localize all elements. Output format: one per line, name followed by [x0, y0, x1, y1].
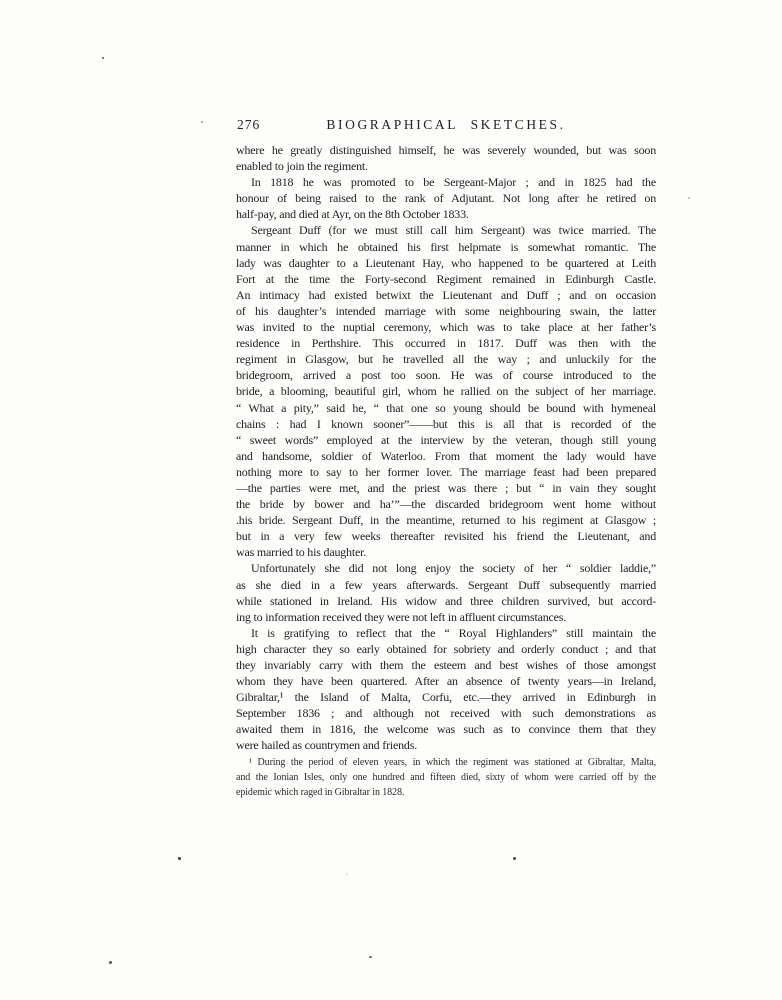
text-line: while stationed in Ireland. His widow an… — [236, 593, 656, 609]
text-line: high character they so early obtained fo… — [236, 641, 656, 657]
paragraph-5: It is gratifying to reflect that the “ R… — [236, 625, 656, 754]
scan-speck — [513, 857, 516, 860]
text-line: ¹ During the period of eleven years, in … — [236, 755, 656, 770]
scan-speck — [369, 956, 372, 958]
text-line: In 1818 he was promoted to be Sergeant-M… — [236, 174, 656, 190]
text-line: epidemic which raged in Gibraltar in 182… — [236, 785, 656, 800]
text-line: chains : had I known sooner”——but this i… — [236, 416, 656, 432]
text-line: bridegroom, arrived a post too soon. He … — [236, 367, 656, 383]
text-line: enabled to join the regiment. — [236, 158, 656, 174]
text-line: but in a very few weeks thereafter revis… — [236, 528, 656, 544]
text-line: residence in Perthshire. This occurred i… — [236, 335, 656, 351]
text-line: An intimacy had existed betwixt the Lieu… — [236, 287, 656, 303]
paragraph-4: Unfortunately she did not long enjoy the… — [236, 560, 656, 624]
footnote: ¹ During the period of eleven years, in … — [236, 755, 656, 800]
text-line: Unfortunately she did not long enjoy the… — [236, 560, 656, 576]
paragraph-2: In 1818 he was promoted to be Sergeant-M… — [236, 174, 656, 222]
text-line: was invited to the nuptial ceremony, whi… — [236, 319, 656, 335]
text-line: .his bride. Sergeant Duff, in the meanti… — [236, 512, 656, 528]
text-line: lady was daughter to a Lieutenant Hay, w… — [236, 255, 656, 271]
text-line: and the Ionian Isles, only one hundred a… — [236, 770, 656, 785]
text-line: were hailed as countrymen and friends. — [236, 737, 656, 753]
text-line: and handsome, soldier of Waterloo. From … — [236, 448, 656, 464]
text-line: “ sweet words” employed at the interview… — [236, 432, 656, 448]
text-line: half-pay, and died at Ayr, on the 8th Oc… — [236, 206, 656, 222]
scan-speck — [201, 121, 203, 123]
text-line: the bride by bower and ha’”—the discarde… — [236, 496, 656, 512]
book-page: 276 BIOGRAPHICAL SKETCHES. where he grea… — [0, 0, 782, 1000]
paragraph-3: Sergeant Duff (for we must still call hi… — [236, 222, 656, 560]
text-line: as she died in a few years afterwards. S… — [236, 577, 656, 593]
page-number: 276 — [237, 116, 260, 134]
text-line: whom they have been quartered. After an … — [236, 673, 656, 689]
scan-speck — [688, 197, 690, 199]
text-line: they invariably carry with them the este… — [236, 657, 656, 673]
text-line: manner in which he obtained his first he… — [236, 239, 656, 255]
text-line: of his daughter’s intended marriage with… — [236, 303, 656, 319]
text-line: honour of being raised to the rank of Ad… — [236, 190, 656, 206]
text-line: Fort at the time the Forty-second Regime… — [236, 271, 656, 287]
text-line: —the parties were met, and the priest wa… — [236, 480, 656, 496]
text-line: Sergeant Duff (for we must still call hi… — [236, 222, 656, 238]
body-text: where he greatly distinguished himself, … — [236, 142, 656, 754]
paragraph-1: where he greatly distinguished himself, … — [236, 142, 656, 174]
text-line: Gibraltar,¹ the Island of Malta, Corfu, … — [236, 689, 656, 705]
text-line: September 1836 ; and although not receiv… — [236, 705, 656, 721]
text-line: “ What a pity,” said he, “ that one so y… — [236, 400, 656, 416]
scan-speck — [109, 961, 112, 964]
scan-speck — [178, 857, 181, 860]
text-line: It is gratifying to reflect that the “ R… — [236, 625, 656, 641]
running-title: BIOGRAPHICAL SKETCHES. — [236, 116, 656, 134]
text-line: where he greatly distinguished himself, … — [236, 142, 656, 158]
scan-speck — [102, 57, 104, 59]
text-line: awaited them in 1816, the welcome was su… — [236, 721, 656, 737]
text-line: regiment in Glasgow, but he travelled al… — [236, 351, 656, 367]
running-head: 276 BIOGRAPHICAL SKETCHES. — [236, 116, 656, 134]
text-block: 276 BIOGRAPHICAL SKETCHES. where he grea… — [236, 0, 656, 1000]
text-line: ing to information received they were no… — [236, 609, 656, 625]
text-line: was married to his daughter. — [236, 544, 656, 560]
scan-speck — [346, 873, 348, 875]
text-line: bride, a blooming, beautiful girl, whom … — [236, 383, 656, 399]
text-line: nothing more to say to her former lover.… — [236, 464, 656, 480]
